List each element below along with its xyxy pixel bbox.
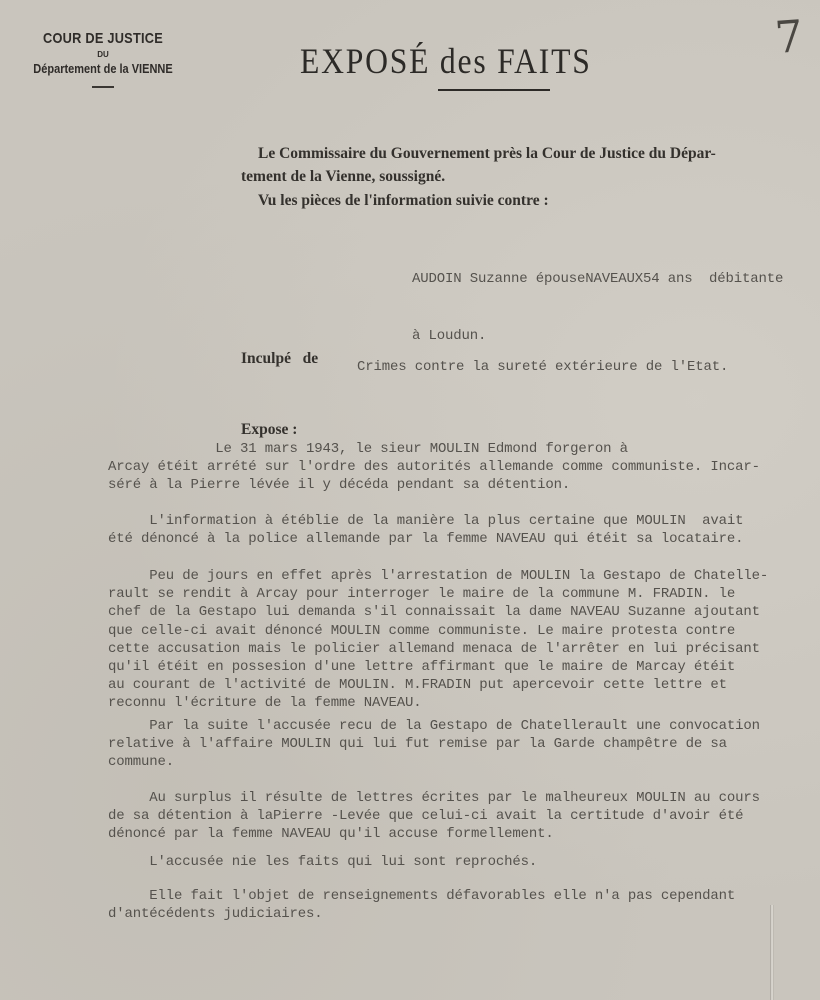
expose-paragraph: Le 31 mars 1943, le sieur MOULIN Edmond … — [108, 440, 760, 495]
court-department: Département de la VIENNE — [28, 62, 178, 76]
intro-line-2: tement de la Vienne, soussigné. — [241, 168, 445, 186]
court-name: COUR DE JUSTICE — [31, 30, 176, 47]
letterhead-divider — [92, 86, 114, 88]
document-page: COUR DE JUSTICE DU Département de la VIE… — [0, 0, 820, 1000]
charge-value: Crimes contre la sureté extérieure de l'… — [357, 359, 728, 375]
document-title: EXPOSÉ des FAITS — [300, 40, 592, 82]
court-letterhead: COUR DE JUSTICE DU Département de la VIE… — [18, 30, 188, 88]
expose-label: Expose : — [241, 421, 297, 439]
title-underline — [438, 89, 550, 91]
handwritten-page-number: 7 — [773, 11, 804, 64]
expose-paragraph: Elle fait l'objet de renseignements défa… — [108, 887, 735, 923]
accused-line-1: AUDOIN Suzanne épouseNAVEAUX54 ans débit… — [412, 270, 783, 289]
expose-paragraph: Au surplus il résulte de lettres écrites… — [108, 789, 760, 844]
intro-line-1: Le Commissaire du Gouvernement près la C… — [258, 145, 716, 163]
expose-paragraph: L'accusée nie les faits qui lui sont rep… — [108, 853, 537, 871]
charge-label: Inculpé de — [241, 350, 318, 368]
paper-crease — [770, 905, 774, 1000]
intro-line-3: Vu les pièces de l'information suivie co… — [258, 192, 549, 210]
expose-paragraph: Peu de jours en effet après l'arrestatio… — [108, 567, 768, 713]
accused-line-2: à Loudun. — [412, 327, 783, 346]
expose-paragraph: L'information à étéblie de la manière la… — [108, 512, 743, 548]
expose-paragraph: Par la suite l'accusée recu de la Gestap… — [108, 717, 760, 772]
court-connector: DU — [18, 50, 188, 59]
